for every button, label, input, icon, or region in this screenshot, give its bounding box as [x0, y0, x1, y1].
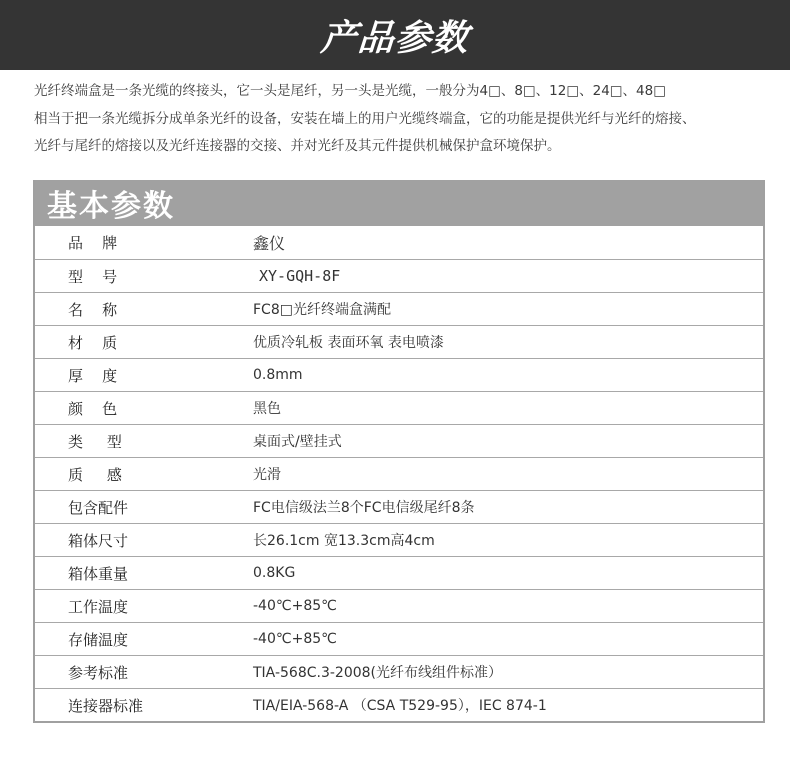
row-label: 质 感 — [35, 464, 253, 485]
table-row: 包含配件 FC电信级法兰8个FC电信级尾纤8条 — [35, 490, 763, 523]
spec-table-title: 基本参数 — [47, 181, 175, 225]
intro-line: 光纤与尾纤的熔接以及光纤连接器的交接、并对光纤及其元件提供机械保护盒环境保护。 — [34, 133, 774, 161]
row-value: FC8□光纤终端盒满配 — [253, 299, 391, 319]
page-title: 产品参数 — [319, 10, 471, 61]
row-label: 工作温度 — [35, 596, 253, 617]
row-label: 连接器标准 — [35, 695, 253, 716]
table-row: 存储温度 -40℃+85℃ — [35, 622, 763, 655]
top-banner: 产品参数 — [0, 0, 790, 70]
intro-line: 光纤终端盒是一条光缆的终接头，它一头是尾纤，另一头是光缆，一般分为4□、8□、1… — [34, 78, 774, 106]
row-label: 箱体重量 — [35, 563, 253, 584]
row-value: 优质冷轧板 表面环氧 表电喷漆 — [253, 332, 444, 352]
row-label: 箱体尺寸 — [35, 530, 253, 551]
row-label: 材 质 — [35, 332, 253, 353]
table-row: 箱体尺寸 长26.1cm 宽13.3cm高4cm — [35, 523, 763, 556]
table-row: 颜 色 黑色 — [35, 391, 763, 424]
table-row: 厚 度 0.8mm — [35, 358, 763, 391]
table-row: 参考标准 TIA-568C.3-2008(光纤布线组件标准） — [35, 655, 763, 688]
intro-line: 相当于把一条光缆拆分成单条光纤的设备，安装在墙上的用户光缆终端盒，它的功能是提供… — [34, 106, 774, 134]
row-label: 颜 色 — [35, 398, 253, 419]
spec-table-body: 品 牌 鑫仪 型 号 XY-GQH-8F 名 称 FC8□光纤终端盒满配 材 质… — [35, 226, 763, 721]
row-label: 厚 度 — [35, 365, 253, 386]
row-label: 类 型 — [35, 431, 253, 452]
row-value: TIA-568C.3-2008(光纤布线组件标准） — [253, 662, 502, 682]
table-row: 类 型 桌面式/壁挂式 — [35, 424, 763, 457]
row-value: -40℃+85℃ — [253, 598, 337, 614]
table-row: 连接器标准 TIA/EIA-568-A （CSA T529-95），IEC 87… — [35, 688, 763, 721]
table-row: 箱体重量 0.8KG — [35, 556, 763, 589]
row-value: XY-GQH-8F — [253, 267, 340, 285]
table-row: 型 号 XY-GQH-8F — [35, 259, 763, 292]
spec-table: 基本参数 品 牌 鑫仪 型 号 XY-GQH-8F 名 称 FC8□光纤终端盒满… — [33, 180, 765, 723]
table-row: 品 牌 鑫仪 — [35, 226, 763, 259]
row-label: 包含配件 — [35, 497, 253, 518]
intro-paragraph: 光纤终端盒是一条光缆的终接头，它一头是尾纤，另一头是光缆，一般分为4□、8□、1… — [34, 78, 774, 161]
row-value: 黑色 — [253, 398, 281, 418]
row-value: 光滑 — [253, 464, 281, 484]
row-value: 鑫仪 — [253, 231, 285, 254]
table-row: 工作温度 -40℃+85℃ — [35, 589, 763, 622]
table-row: 名 称 FC8□光纤终端盒满配 — [35, 292, 763, 325]
row-label: 型 号 — [35, 266, 253, 287]
row-label: 存储温度 — [35, 629, 253, 650]
row-value: 0.8mm — [253, 367, 303, 383]
table-row: 质 感 光滑 — [35, 457, 763, 490]
row-value: TIA/EIA-568-A （CSA T529-95），IEC 874-1 — [253, 695, 547, 715]
row-label: 参考标准 — [35, 662, 253, 683]
row-value: 0.8KG — [253, 565, 295, 581]
row-value: 长26.1cm 宽13.3cm高4cm — [253, 530, 435, 550]
row-value: FC电信级法兰8个FC电信级尾纤8条 — [253, 497, 474, 517]
row-label: 名 称 — [35, 299, 253, 320]
row-value: -40℃+85℃ — [253, 631, 337, 647]
row-label: 品 牌 — [35, 232, 253, 253]
row-value: 桌面式/壁挂式 — [253, 431, 342, 451]
table-row: 材 质 优质冷轧板 表面环氧 表电喷漆 — [35, 325, 763, 358]
spec-table-header: 基本参数 — [35, 180, 763, 226]
